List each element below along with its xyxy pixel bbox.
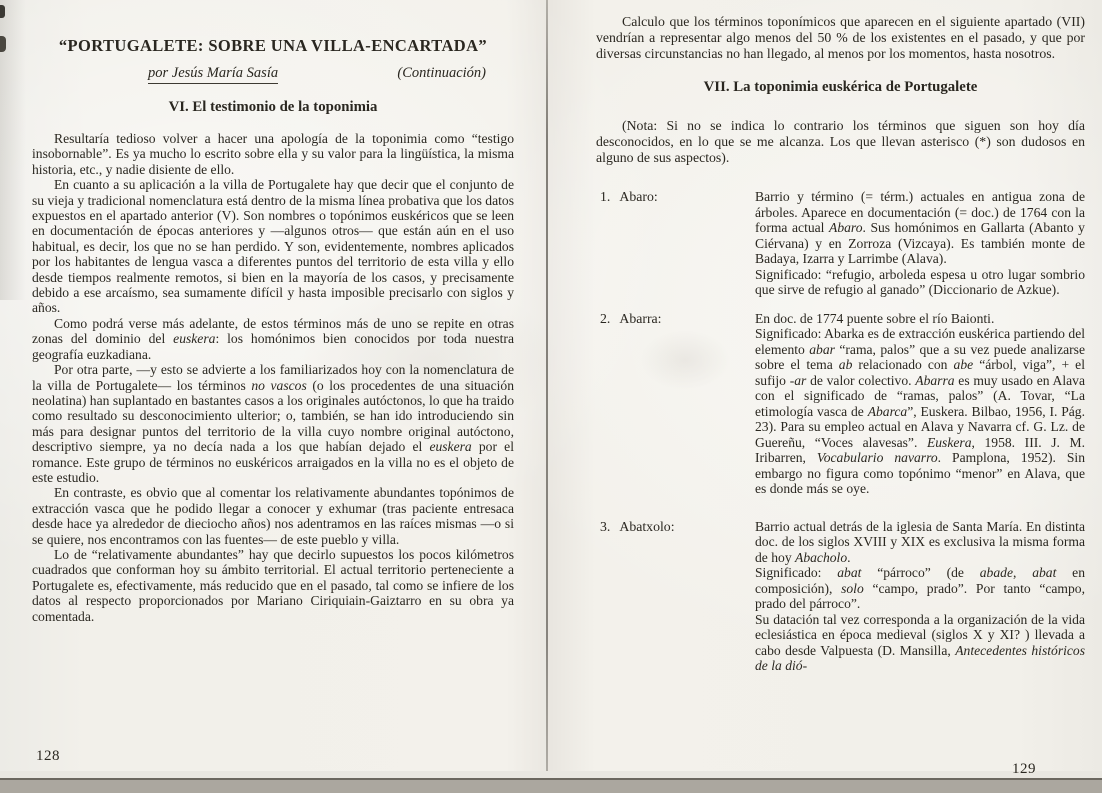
page-number-right: 129 [1012, 761, 1036, 778]
byline-row: por Jesús María Sasía (Continuación) [32, 65, 514, 85]
entry-term: 2.Abarra: [596, 311, 755, 497]
entry-definition: En doc. de 1774 puente sobre el río Baio… [755, 311, 1085, 497]
definition-paragraph: Su datación tal vez corresponda a la org… [755, 612, 1085, 674]
scan-mark [0, 36, 6, 52]
article-title: “PORTUGALETE: SOBRE UNA VILLA-ENCARTADA” [32, 36, 514, 56]
definition-paragraph: Significado: “refugio, arboleda espesa u… [755, 267, 1085, 298]
body-paragraph: Resultaría tedioso volver a hacer una ap… [32, 131, 514, 177]
left-page: “PORTUGALETE: SOBRE UNA VILLA-ENCARTADA”… [32, 28, 514, 624]
body-paragraph: Como podrá verse más adelante, de estos … [32, 316, 514, 362]
scan-mark [0, 5, 5, 18]
page-number-left: 128 [36, 748, 60, 765]
entry-name: Abatxolo: [619, 519, 674, 534]
definition-paragraph: Barrio y término (= térm.) actuales en a… [755, 189, 1085, 267]
body-paragraph: Lo de “relativamente abundantes” hay que… [32, 547, 514, 624]
entry-number: 2. [600, 311, 610, 326]
definition-paragraph: En doc. de 1774 puente sobre el río Baio… [755, 311, 1085, 327]
scanned-book-spread: “PORTUGALETE: SOBRE UNA VILLA-ENCARTADA”… [0, 0, 1102, 793]
section-heading-vii: VII. La toponimia euskérica de Portugale… [596, 79, 1085, 96]
nota-paragraph: (Nota: Si no se indica lo contrario los … [596, 118, 1085, 165]
definition-paragraph: Significado: abat “párroco” (de abade, a… [755, 565, 1085, 612]
toponym-entry-abatxolo: 3.Abatxolo: Barrio actual detrás de la i… [596, 519, 1085, 674]
toponym-entry-abarra: 2.Abarra: En doc. de 1774 puente sobre e… [596, 311, 1085, 497]
center-fold-line [546, 0, 548, 779]
section-heading-vi: VI. El testimonio de la toponimia [32, 99, 514, 116]
entry-name: Abaro: [619, 189, 657, 204]
entry-definition: Barrio y término (= térm.) actuales en a… [755, 189, 1085, 298]
body-paragraph: En cuanto a su aplicación a la villa de … [32, 177, 514, 316]
scanner-edge-bottom [0, 778, 1102, 793]
definition-paragraph: Significado: Abarka es de extracción eus… [755, 326, 1085, 497]
body-paragraph: Por otra parte, —y esto se advierte a lo… [32, 362, 514, 485]
entry-name: Abarra: [619, 311, 661, 326]
toponym-entries: 1.Abaro: Barrio y término (= térm.) actu… [596, 189, 1085, 674]
entry-definition: Barrio actual detrás de la iglesia de Sa… [755, 519, 1085, 674]
body-paragraph: En contraste, es obvio que al comentar l… [32, 485, 514, 547]
entry-number: 3. [600, 519, 610, 534]
entry-term: 1.Abaro: [596, 189, 755, 298]
continuation-note: (Continuación) [397, 65, 486, 82]
entry-term: 3.Abatxolo: [596, 519, 755, 674]
definition-paragraph: Barrio actual detrás de la iglesia de Sa… [755, 519, 1085, 566]
right-page: Calculo que los términos toponímicos que… [596, 14, 1085, 687]
intro-paragraph: Calculo que los términos toponímicos que… [596, 14, 1085, 61]
byline: por Jesús María Sasía [148, 65, 278, 84]
left-text-block: Resultaría tedioso volver a hacer una ap… [32, 131, 514, 624]
toponym-entry-abaro: 1.Abaro: Barrio y término (= térm.) actu… [596, 189, 1085, 298]
entry-number: 1. [600, 189, 610, 204]
